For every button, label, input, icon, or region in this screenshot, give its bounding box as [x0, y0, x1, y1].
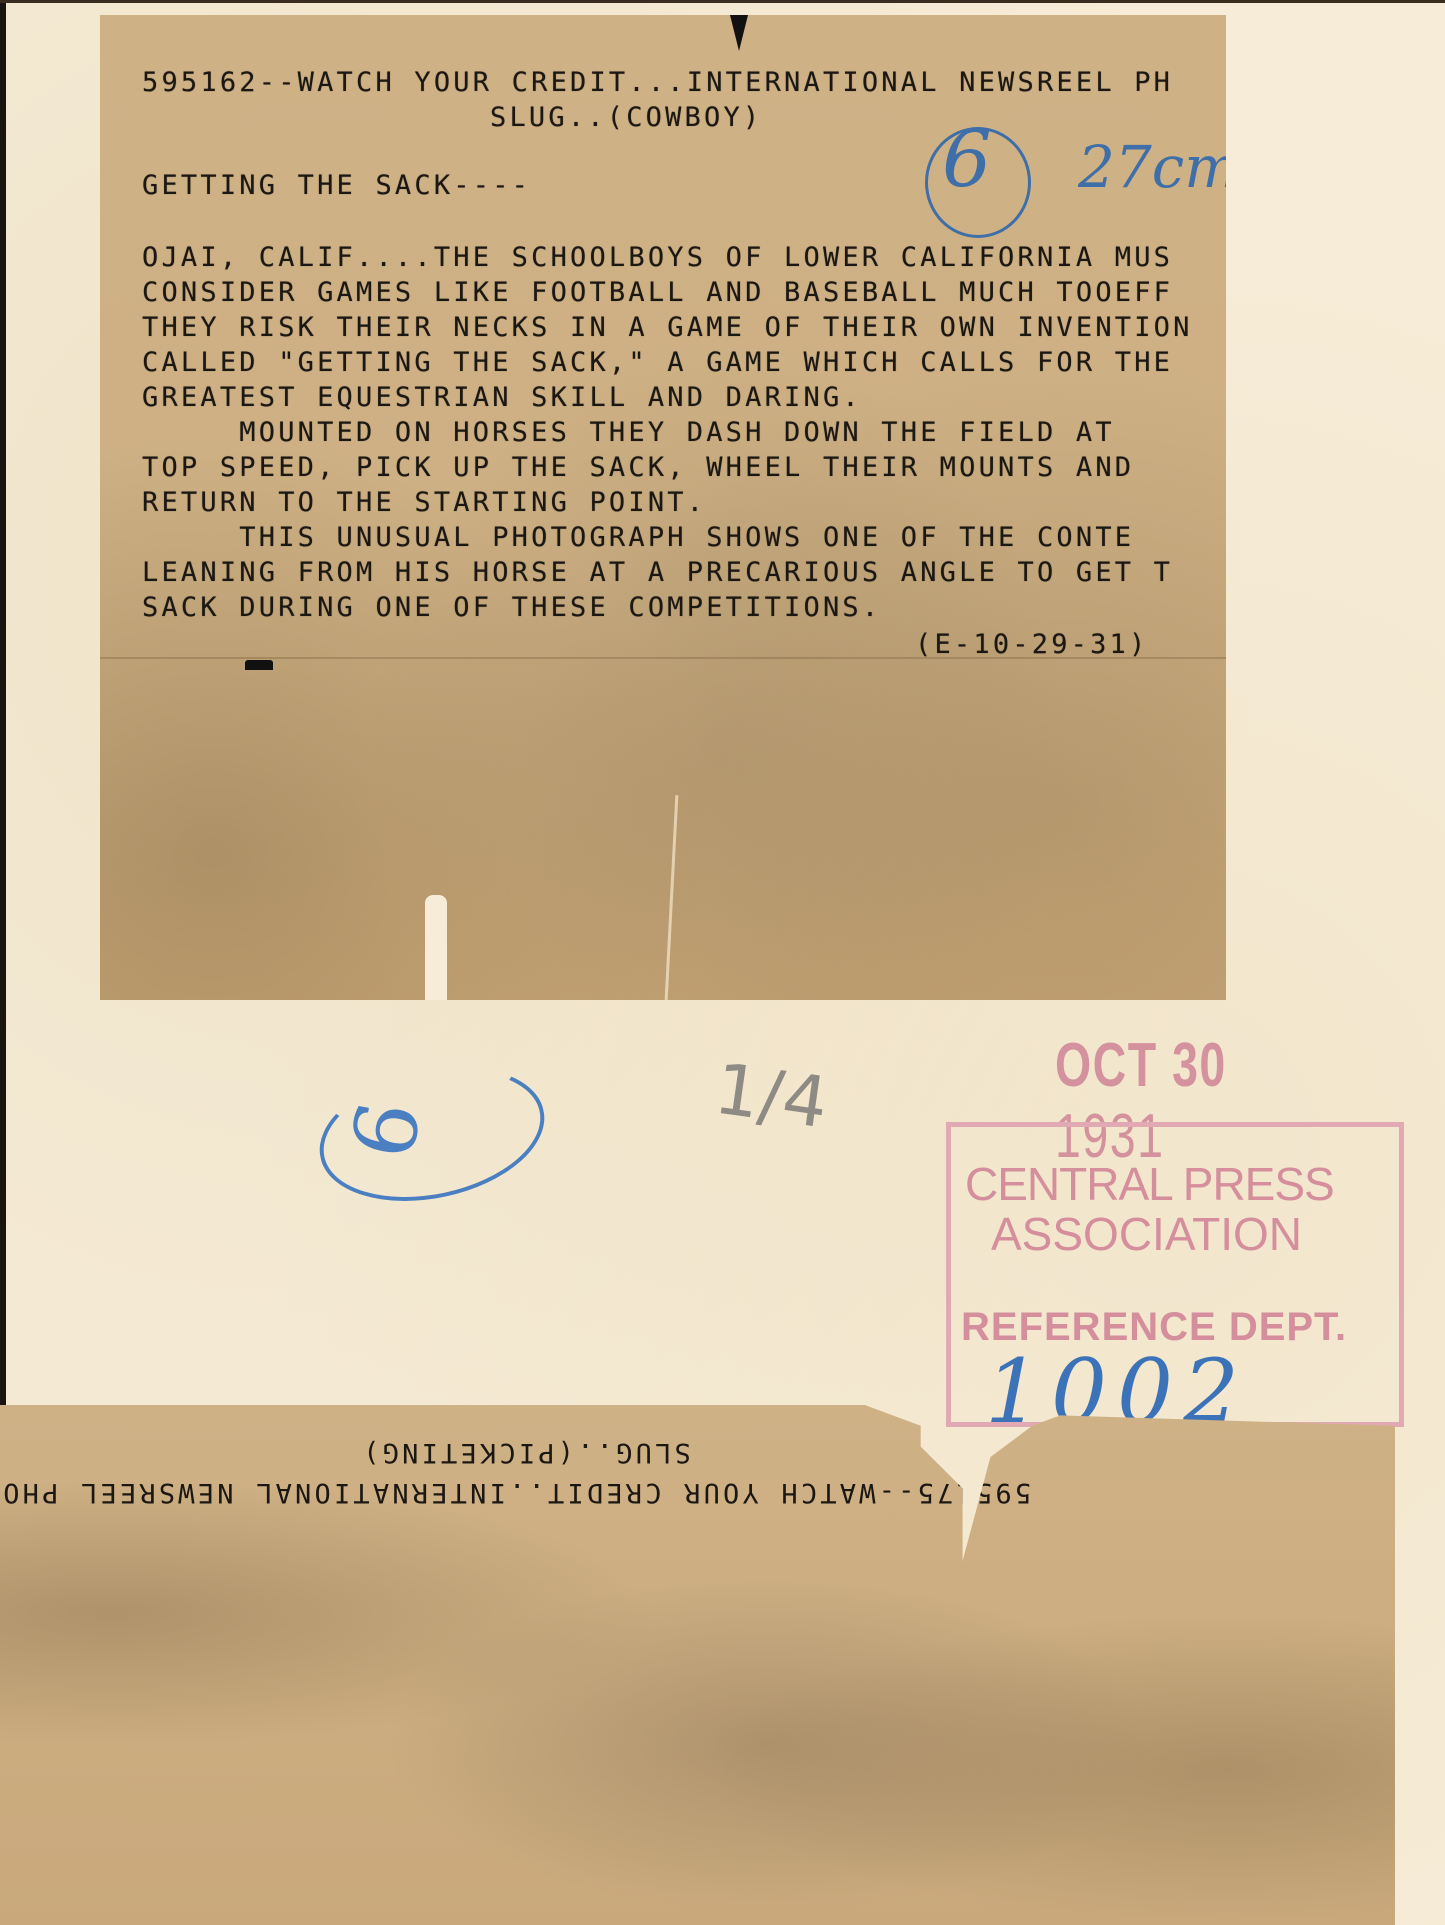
caption-body-line: CALLED "GETTING THE SACK," A GAME WHICH …: [142, 345, 1173, 380]
clipping-fold-line: [100, 657, 1226, 659]
caption-clipping-top: 595162--WATCH YOUR CREDIT...INTERNATIONA…: [100, 15, 1226, 1000]
caption-body-line: OJAI, CALIF....THE SCHOOLBOYS OF LOWER C…: [142, 240, 1173, 275]
clipping-crease: [665, 795, 679, 1000]
caption-body-line: LEANING FROM HIS HORSE AT A PRECARIOUS A…: [142, 555, 1173, 590]
handwritten-size-note: 27cm: [1078, 133, 1226, 201]
registration-mark-icon: [730, 15, 748, 51]
hand-circle-icon: [925, 127, 1031, 238]
caption-body-line: SACK DURING ONE OF THESE COMPETITIONS.: [142, 590, 881, 625]
caption-body-line: GREATEST EQUESTRIAN SKILL AND DARING.: [142, 380, 862, 415]
caption-body-line: THEY RISK THEIR NECKS IN A GAME OF THEIR…: [142, 310, 1193, 345]
caption-body-line: TOP SPEED, PICK UP THE SACK, WHEEL THEIR…: [142, 450, 1134, 485]
bottom-caption-header-line: 595175--WATCH YOUR CREDIT..INTERNATIONAL…: [0, 1475, 1265, 1510]
caption-slug-line: SLUG..(COWBOY): [490, 100, 762, 135]
caption-headline: GETTING THE SACK----: [142, 168, 531, 203]
date-stamp-month-day: OCT 30: [1055, 1031, 1227, 1100]
scan-edge-top: [0, 0, 1445, 3]
caption-clipping-bottom: 595175--WATCH YOUR CREDIT..INTERNATIONAL…: [0, 1405, 1395, 1925]
caption-body-line: THIS UNUSUAL PHOTOGRAPH SHOWS ONE OF THE…: [142, 520, 1134, 555]
caption-body-line: CONSIDER GAMES LIKE FOOTBALL AND BASEBAL…: [142, 275, 1173, 310]
caption-body-line: RETURN TO THE STARTING POINT.: [142, 485, 706, 520]
bottom-caption-slug-line: SLUG..(PICKETING): [360, 1435, 691, 1470]
clipping-tear: [425, 895, 447, 1000]
caption-header-line: 595162--WATCH YOUR CREDIT...INTERNATIONA…: [142, 65, 1173, 100]
ink-blot: [245, 660, 273, 670]
pencil-note: 1/4: [710, 1048, 833, 1145]
stamp-line-organization: CENTRAL PRESS: [965, 1157, 1334, 1211]
caption-body-line: MOUNTED ON HORSES THEY DASH DOWN THE FIE…: [142, 415, 1115, 450]
stamp-line-association: ASSOCIATION: [991, 1207, 1302, 1261]
